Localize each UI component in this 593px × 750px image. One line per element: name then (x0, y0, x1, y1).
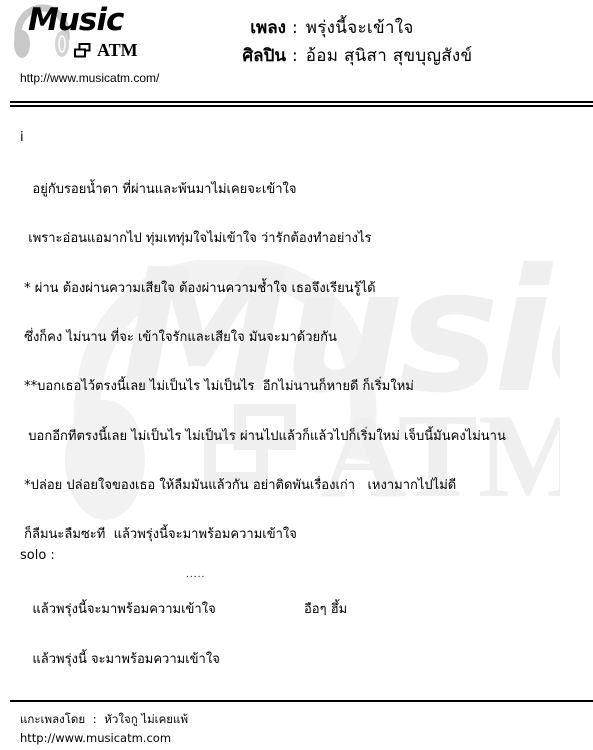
song-info: เพลง : พรุ่งนี้จะเข้าใจ ศิลปิน : อ้อม สุ… (222, 14, 472, 70)
footer-url[interactable]: http://www.musicatm.com (20, 729, 188, 748)
lyric-line: **บอกเธอไว้ตรงนี้เลย ไม่เป็นไร ไม่เป็นไร… (20, 375, 414, 396)
lyric-line: แล้วพรุ่งนี้ จะมาพร้อมความเข้าใจ (20, 648, 220, 669)
footer-divider (10, 700, 593, 702)
lyric-line: แล้วพรุ่งนี้จะมาพร้อมความเข้าใจ (20, 598, 216, 619)
logo-atm: ATM (74, 40, 138, 60)
song-label: เพลง (222, 14, 286, 42)
header-divider (10, 101, 593, 107)
song-title-row: เพลง : พรุ่งนี้จะเข้าใจ (222, 14, 472, 42)
ellipsis-marker: ..... (186, 570, 205, 580)
lyric-line: ก็ลืมนะลืมซะที แล้วพรุ่งนี้จะมาพร้อมความ… (20, 523, 297, 544)
lyric-line: เพราะอ่อนแอมากไป ทุ่มเททุ่มใจไม่เข้าใจ ว… (20, 227, 372, 248)
credit-label: แกะเพลงโดย (20, 712, 85, 726)
artist-row: ศิลปิน : อ้อม สุนิสา สุขบุญสังข์ (222, 42, 472, 70)
logo-brand-suffix: ATM (97, 40, 138, 60)
lyric-line: ซึ่งก็คง ไม่นาน ที่จะ เข้าใจรักและเสียใจ… (20, 326, 337, 347)
windows-icon (74, 43, 91, 58)
lyric-line: อยู่กับรอยน้ำตา ที่ผ่านและพ้นมาไม่เคยจะเ… (20, 178, 297, 199)
lyric-line: *ปล่อย ปล่อยใจของเธอ ให้ลืมมันแล้วกัน อย… (20, 474, 456, 495)
footer: แกะเพลงโดย : หัวใจกู ไม่เคยแพ้ http://ww… (20, 710, 188, 748)
lyric-line: บอกอีกทีตรงนี้เลย ไม่เป็นไร ไม่เป็นไร ผ่… (20, 425, 506, 446)
credit-name: หัวใจกู ไม่เคยแพ้ (104, 712, 188, 726)
separator: : (292, 14, 298, 42)
site-logo[interactable]: Music ATM http://www.musicatm.com/ (8, 0, 188, 90)
credit-separator: : (93, 712, 97, 726)
solo-label: solo : (20, 548, 55, 563)
artist-label: ศิลปิน (222, 42, 286, 70)
separator: : (292, 42, 298, 70)
logo-url[interactable]: http://www.musicatm.com/ (20, 71, 159, 85)
lyric-line: อือๆ ฮึ้ม (304, 598, 347, 619)
artist-name: อ้อม สุนิสา สุขบุญสังข์ (306, 42, 473, 70)
logo-brand-word: Music (28, 2, 123, 38)
lyric-line: * ผ่าน ต้องผ่านความเสียใจ ต้องผ่านความช้… (20, 277, 376, 298)
svg-text:ATM: ATM (320, 389, 560, 520)
credit-row: แกะเพลงโดย : หัวใจกู ไม่เคยแพ้ (20, 710, 188, 729)
song-title: พรุ่งนี้จะเข้าใจ (306, 14, 414, 42)
lyric-line: i (20, 130, 24, 145)
